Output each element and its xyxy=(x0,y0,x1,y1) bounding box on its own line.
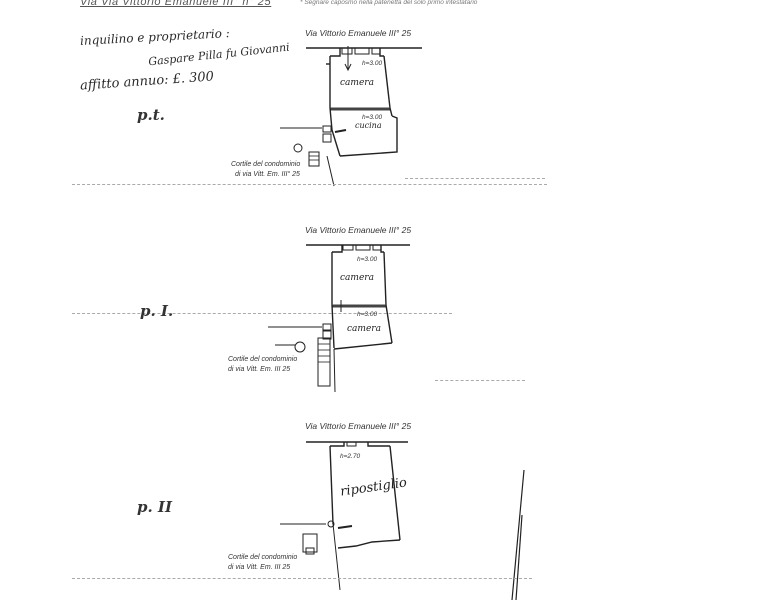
form-rule xyxy=(405,178,545,179)
room-label: camera xyxy=(340,78,374,88)
courtyard-label: Cortile del condominio di via Vitt. Em. … xyxy=(228,553,297,573)
courtyard-label: Cortile del condominio di via Vitt. Em. … xyxy=(231,160,300,180)
header-note: * Segnare caposmo nella patenetta del so… xyxy=(300,0,477,6)
form-rule xyxy=(72,313,452,314)
form-rule xyxy=(435,380,525,381)
room-height: h=3.00 xyxy=(362,60,382,67)
header-address: Via Via Vittorio Emanuele III° n° 25 xyxy=(80,0,271,8)
floor-label-ground: p.t. xyxy=(137,106,165,124)
room-height: h=2.70 xyxy=(340,453,360,460)
form-rule xyxy=(72,184,547,185)
floor-label-second: p. II xyxy=(137,498,172,516)
room-label: camera xyxy=(347,324,381,334)
room-label: cucina xyxy=(355,121,382,130)
form-rule xyxy=(72,578,532,579)
floor-label-first: p. I. xyxy=(140,302,173,320)
room-height: h=3.00 xyxy=(357,311,377,318)
courtyard-label: Cortile del condominio di via Vitt. Em. … xyxy=(228,355,297,375)
street-label: Via Vittorio Emanuele III° 25 xyxy=(305,28,411,38)
room-height: h=3.00 xyxy=(362,114,382,121)
street-label: Via Vittorio Emanuele III° 25 xyxy=(305,421,411,431)
room-label: camera xyxy=(340,273,374,283)
room-height: h=3.00 xyxy=(357,256,377,263)
street-label: Via Vittorio Emanuele III° 25 xyxy=(305,225,411,235)
